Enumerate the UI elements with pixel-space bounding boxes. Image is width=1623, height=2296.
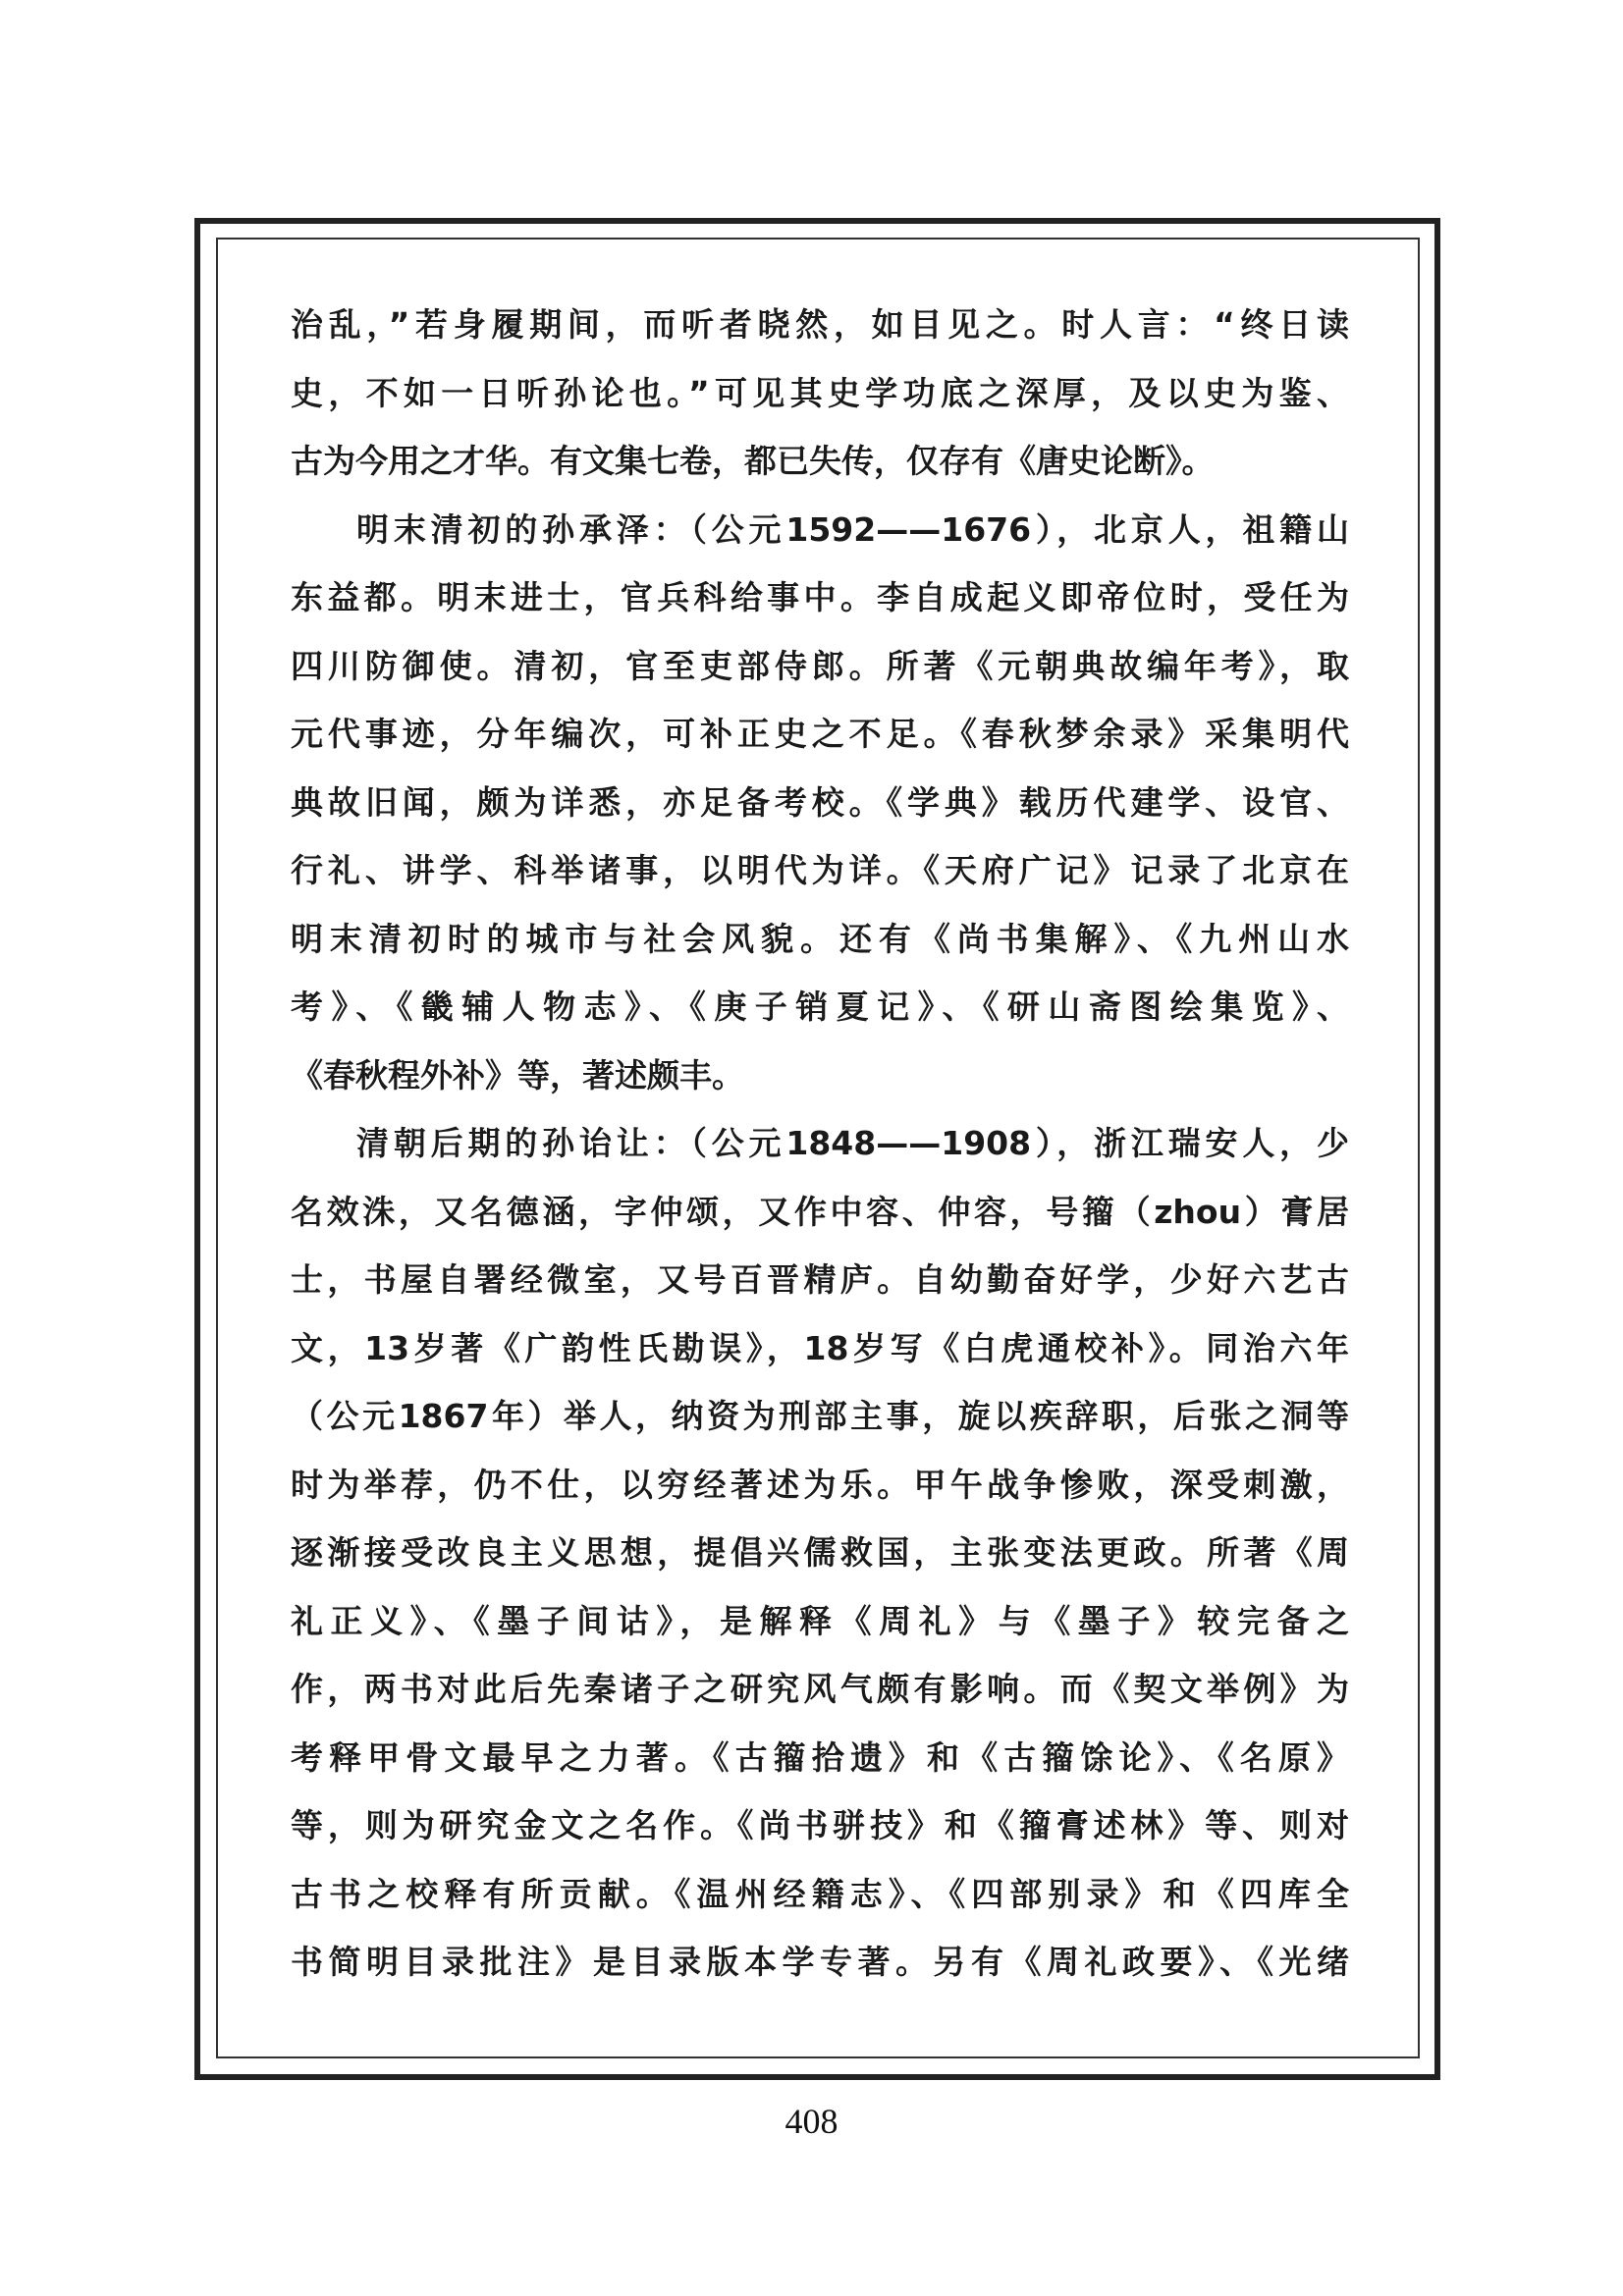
text-line: 史，不如一日听孙论也。”可见其史学功底之深厚，及以史为鉴、 <box>291 359 1349 428</box>
text-line: 清朝后期的孙诒让：（公元1848——1908），浙江瑞安人，少 <box>291 1109 1349 1178</box>
paragraph-continuation: 治乱，”若身履期间，而听者晓然，如目见之。时人言：“终日读 史，不如一日听孙论也… <box>291 291 1349 496</box>
text-line: 考》、《畿辅人物志》、《庚子销夏记》、《研山斋图绘集览》、 <box>291 973 1349 1041</box>
text-line: （公元1867年）举人，纳资为刑部主事，旋以疾辞职，后张之洞等 <box>291 1382 1349 1451</box>
paragraph-sun-chengze: 明末清初的孙承泽：（公元1592——1676），北京人，祖籍山 东益都。明末进士… <box>291 496 1349 1110</box>
page-number: 408 <box>0 2101 1623 2142</box>
text-line: 古为今用之才华。有文集七卷，都已失传，仅存有《唐史论断》。 <box>291 427 1349 496</box>
text-line: 考释甲骨文最早之力著。《古籀拾遗》和《古籀馀论》、《名原》 <box>291 1724 1349 1792</box>
text-line: 名效洙，又名德涵，字仲颂，又作中容、仲容，号籀（zhou）膏居 <box>291 1178 1349 1247</box>
text-line: 逐渐接受改良主义思想，提倡兴儒救国，主张变法更政。所著《周 <box>291 1519 1349 1587</box>
text-line: 明末清初时的城市与社会风貌。还有《尚书集解》、《九州山水 <box>291 905 1349 974</box>
text-line: 《春秋程外补》等，著述颇丰。 <box>291 1041 1349 1110</box>
text-line: 古书之校释有所贡献。《温州经籍志》、《四部别录》和《四库全 <box>291 1860 1349 1929</box>
text-line: 元代事迹，分年编次，可补正史之不足。《春秋梦余录》采集明代 <box>291 700 1349 769</box>
text-line: 作，两书对此后先秦诸子之研究风气颇有影响。而《契文举例》为 <box>291 1655 1349 1724</box>
text-line: 行礼、讲学、科举诸事，以明代为详。《天府广记》记录了北京在 <box>291 836 1349 905</box>
text-line: 明末清初的孙承泽：（公元1592——1676），北京人，祖籍山 <box>291 496 1349 564</box>
text-line: 礼正义》、《墨子间诂》，是解释《周礼》与《墨子》较完备之 <box>291 1587 1349 1656</box>
text-line: 士，书屋自署经微室，又号百晋精庐。自幼勤奋好学，少好六艺古 <box>291 1246 1349 1314</box>
text-line: 四川防御使。清初，官至吏部侍郎。所著《元朝典故编年考》，取 <box>291 632 1349 701</box>
text-line: 东益都。明末进士，官兵科给事中。李自成起义即帝位时，受任为 <box>291 563 1349 632</box>
text-line: 典故旧闻，颇为详悉，亦足备考校。《学典》载历代建学、设官、 <box>291 769 1349 837</box>
text-line: 等，则为研究金文之名作。《尚书骈技》和《籀膏述林》等、则对 <box>291 1791 1349 1860</box>
paragraph-sun-yirang: 清朝后期的孙诒让：（公元1848——1908），浙江瑞安人，少 名效洙，又名德涵… <box>291 1109 1349 1997</box>
text-line: 文，13岁著《广韵性氏勘误》，18岁写《白虎通校补》。同治六年 <box>291 1314 1349 1383</box>
body-text: 治乱，”若身履期间，而听者晓然，如目见之。时人言：“终日读 史，不如一日听孙论也… <box>291 291 1349 1997</box>
text-line: 时为举荐，仍不仕，以穷经著述为乐。甲午战争惨败，深受刺激， <box>291 1451 1349 1520</box>
text-line: 书简明目录批注》是目录版本学专著。另有《周礼政要》、《光绪 <box>291 1928 1349 1997</box>
text-line: 治乱，”若身履期间，而听者晓然，如目见之。时人言：“终日读 <box>291 291 1349 359</box>
